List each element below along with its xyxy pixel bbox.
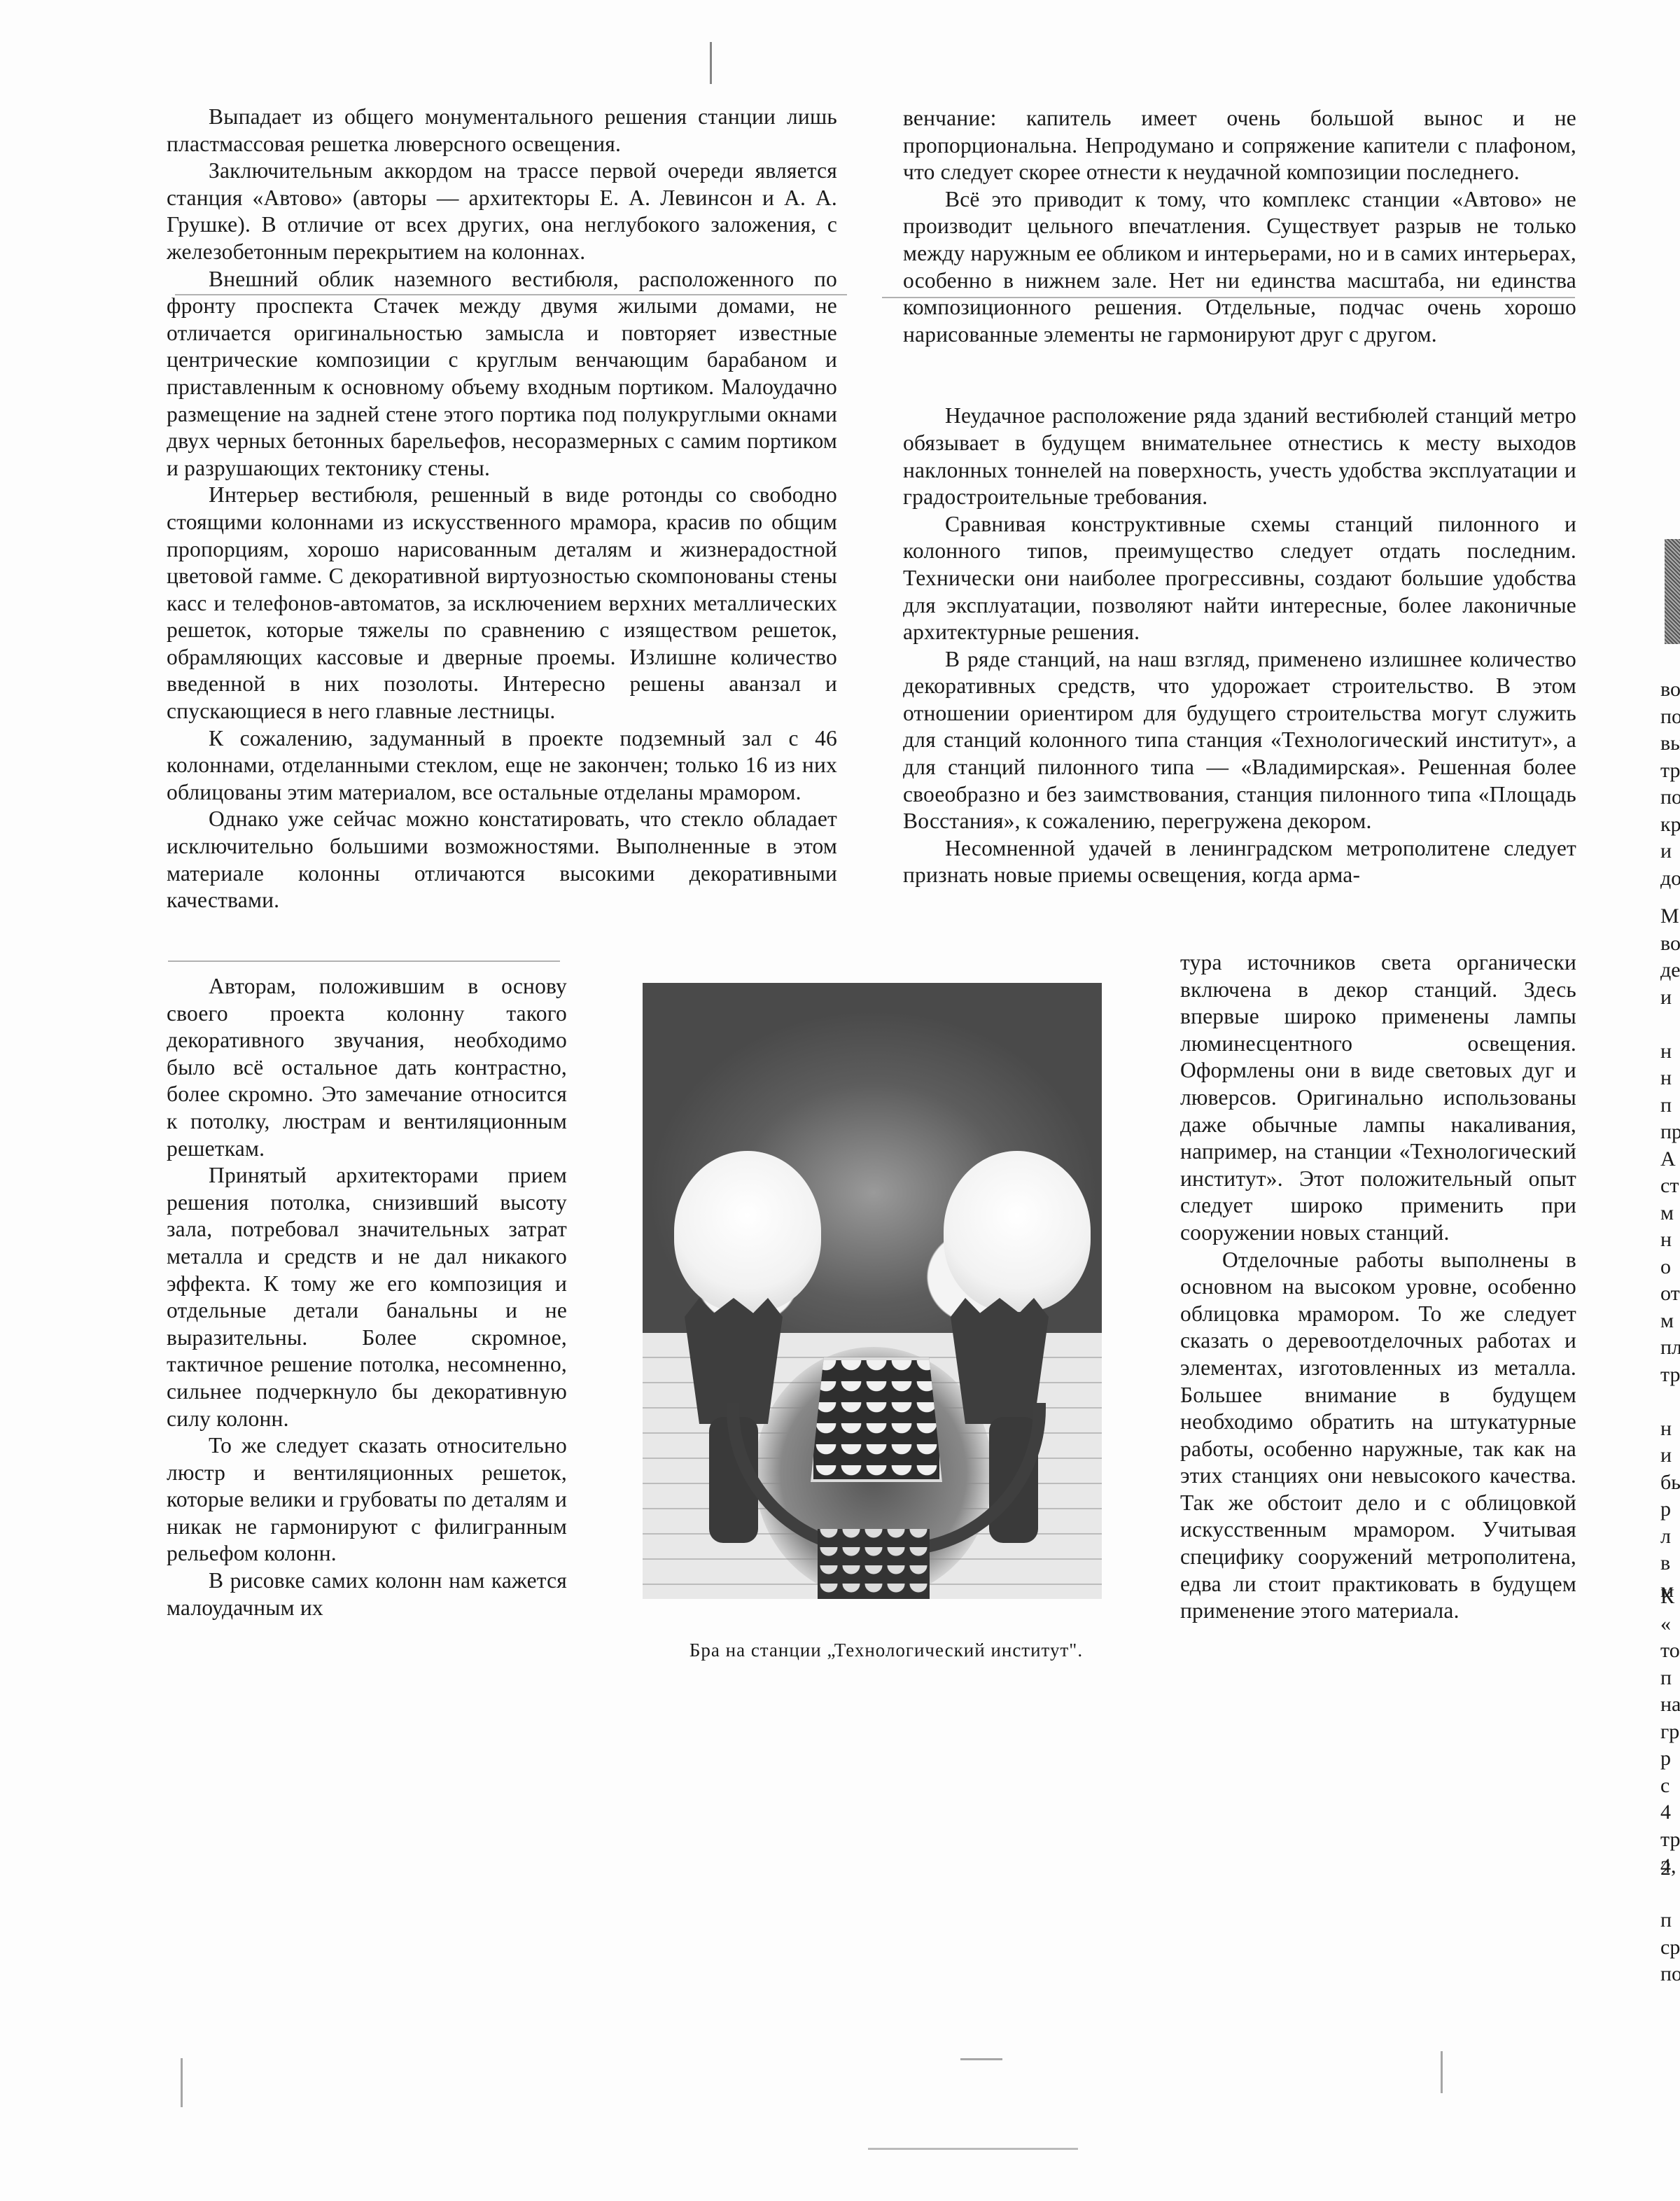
fragment-line: и xyxy=(1660,1442,1680,1469)
paragraph: Интерьер вестибюля, решенный в виде рото… xyxy=(167,482,837,725)
fragment-line: во xyxy=(1660,930,1680,958)
right-column: венчание: капитель имеет очень большой в… xyxy=(903,105,1576,889)
fragment-line: на xyxy=(1660,1691,1680,1719)
paragraph: Внешний облик наземного вестибюля, распо… xyxy=(167,266,837,482)
paragraph: Неудачное расположение ряда зданий вести… xyxy=(903,403,1576,510)
fragment-line: « xyxy=(1660,1611,1680,1638)
fragment-line: тр xyxy=(1660,757,1680,785)
fragment-line: ср xyxy=(1660,1934,1680,1962)
fragment-line: пл xyxy=(1660,1334,1680,1362)
figure-caption: Бра на станции „Технологический институт… xyxy=(634,1640,1138,1661)
fragment-line: о xyxy=(1660,1254,1680,1281)
fragment-line: м xyxy=(1660,1308,1680,1335)
paragraph: Сравнивая конструктивные схемы станций п… xyxy=(903,511,1576,646)
fragment-line: ст xyxy=(1660,1173,1680,1200)
sconce-lattice-plate xyxy=(811,1357,942,1482)
fragment-line: п xyxy=(1660,1907,1680,1934)
lamp-globe-right xyxy=(944,1151,1091,1312)
fragment-line: тр xyxy=(1660,1826,1680,1854)
sconce-photo xyxy=(643,983,1102,1599)
paragraph: Всё это приводит к тому, что комплекс ст… xyxy=(903,186,1576,349)
fragment-line: гр xyxy=(1660,1719,1680,1746)
fragment-line: н xyxy=(1660,1065,1680,1092)
fragment-line: и xyxy=(1660,984,1680,1012)
fragment-line: н xyxy=(1660,1416,1680,1443)
fragment-line: до xyxy=(1660,865,1680,893)
paragraph: Выпадает из общего монументального решен… xyxy=(167,104,837,158)
scan-mark xyxy=(960,2058,1002,2060)
fragment-line: вы xyxy=(1660,730,1680,757)
paragraph: В рисовке самих колонн нам кажется малоу… xyxy=(167,1567,567,1621)
fragment-line xyxy=(1660,1388,1680,1416)
fragment-line: по xyxy=(1660,784,1680,811)
fragment-line: по xyxy=(1660,704,1680,731)
scan-mark xyxy=(168,960,560,962)
fragment-line: бы xyxy=(1660,1469,1680,1497)
paragraph: Несомненной удачей в ленинградском метро… xyxy=(903,835,1576,889)
paragraph: То же следует сказать относительно люстр… xyxy=(167,1432,567,1567)
adjacent-page-text-top: во по вы тр по кр и до xyxy=(1660,676,1680,892)
paragraph: тура источников света органически включе… xyxy=(1180,949,1576,1247)
scan-mark xyxy=(868,2148,1078,2150)
paragraph: Принятый архитекторами прием решения пот… xyxy=(167,1162,567,1432)
paragraph: В ряде станций, на наш взгляд, применено… xyxy=(903,646,1576,835)
fragment-line: л xyxy=(1660,1523,1680,1551)
fragment-line: р xyxy=(1660,1496,1680,1523)
fragment-line: в xyxy=(1660,1550,1680,1577)
scan-mark xyxy=(1441,2051,1443,2093)
fragment-line: М xyxy=(1660,903,1680,930)
adjacent-page-text-bottom: К « то п на гр р с 4 тр 4, п ср по xyxy=(1660,1584,1680,1988)
fragment-line: во xyxy=(1660,676,1680,704)
fragment-line: А xyxy=(1660,1146,1680,1173)
fragment-line: с xyxy=(1660,1773,1680,1800)
fragment-line: то xyxy=(1660,1637,1680,1665)
fragment-line: от xyxy=(1660,1280,1680,1308)
scanned-page: Выпадает из общего монументального решен… xyxy=(0,0,1680,2201)
paragraph: Авторам, положившим в основу своего прое… xyxy=(167,973,567,1162)
fragment-line: п xyxy=(1660,1665,1680,1692)
fragment-line: 4 xyxy=(1660,1799,1680,1826)
adjacent-page-number-fragment: 2 xyxy=(1660,1857,1671,1880)
fragment-line: по xyxy=(1660,1961,1680,1988)
fragment-line: тр xyxy=(1660,1362,1680,1389)
lamp-globe-left xyxy=(674,1151,821,1312)
adjacent-page-text-mid: М во де и н н п пр А ст м н о от м пл тр… xyxy=(1660,903,1680,1604)
paragraph: К сожалению, задуманный в проекте подзем… xyxy=(167,725,837,806)
fragment-line: пр xyxy=(1660,1119,1680,1146)
fragment-line: кр xyxy=(1660,811,1680,839)
right-narrow-column: тура источников света органически включе… xyxy=(1180,949,1576,1625)
paragraph: венчание: капитель имеет очень большой в… xyxy=(903,105,1576,186)
fragment-line: м xyxy=(1660,1200,1680,1227)
scan-mark xyxy=(181,2058,183,2107)
fragment-line: н xyxy=(1660,1227,1680,1254)
fragment-line: р xyxy=(1660,1745,1680,1773)
adjacent-page-image-fragment xyxy=(1665,539,1680,644)
paragraph: Однако уже сейчас можно констатировать, … xyxy=(167,806,837,914)
scan-mark xyxy=(710,42,712,84)
fragment-line: и xyxy=(1660,838,1680,865)
fragment-line: де xyxy=(1660,957,1680,984)
left-narrow-column: Авторам, положившим в основу своего прое… xyxy=(167,973,567,1621)
fragment-line: К xyxy=(1660,1584,1680,1611)
fragment-line: п xyxy=(1660,1092,1680,1119)
paragraph: Отделочные работы выполнены в основном н… xyxy=(1180,1247,1576,1625)
fragment-line xyxy=(1660,1880,1680,1908)
fragment-line xyxy=(1660,1011,1680,1038)
fragment-line: н xyxy=(1660,1038,1680,1065)
sconce-wall-plate xyxy=(818,1529,930,1599)
paragraph: Заключительным аккордом на трассе первой… xyxy=(167,158,837,265)
left-column: Выпадает из общего монументального решен… xyxy=(167,104,837,914)
